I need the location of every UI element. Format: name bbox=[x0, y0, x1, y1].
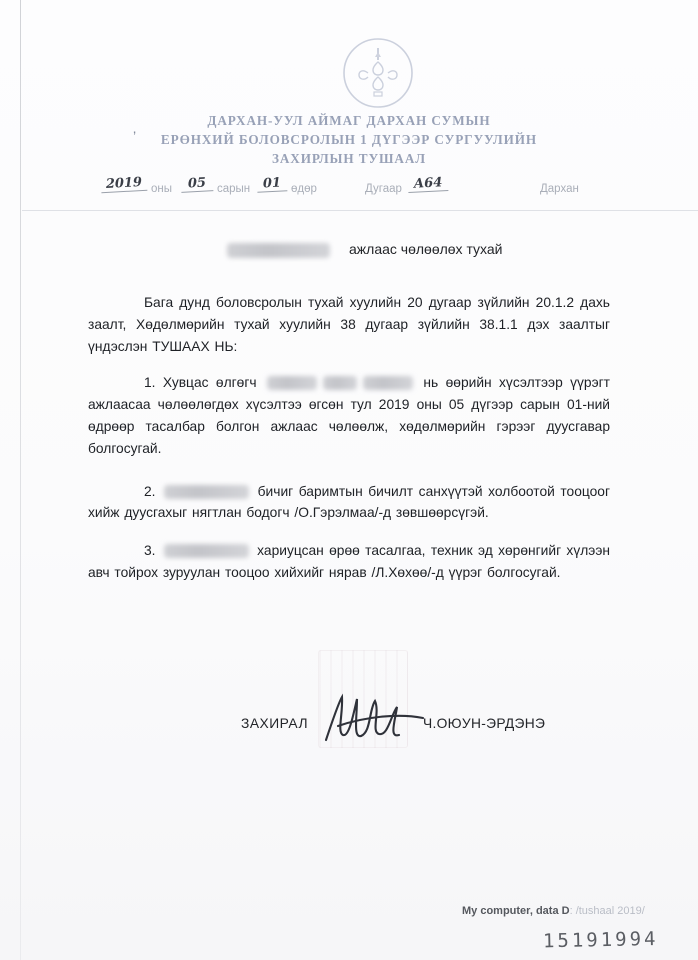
footer-source-light: : /tushaal 2019/ bbox=[570, 905, 645, 917]
handwritten-month: 05 bbox=[181, 175, 214, 193]
org-name-line2: ЕРӨНХИЙ БОЛОВСРОЛЫН 1 ДҮГЭЭР СУРГУУЛИЙН bbox=[0, 130, 698, 149]
scan-speck-mark: ’ bbox=[133, 128, 136, 144]
redacted-name bbox=[267, 376, 317, 390]
footer-source-path: My computer, data D: /tushaal 2019/ bbox=[462, 905, 645, 917]
handwritten-number: А64 bbox=[408, 175, 449, 193]
scanned-document-page: ДАРХАН-УУЛ АЙМАГ ДАРХАН СУМЫН ЕРӨНХИЙ БО… bbox=[0, 0, 698, 960]
document-title: ажлаас чөлөөлөх тухай bbox=[349, 241, 502, 257]
redacted-name bbox=[164, 544, 249, 558]
redacted-name bbox=[363, 376, 413, 390]
redacted-name-title bbox=[227, 243, 330, 258]
org-name-line1: ДАРХАН-УУЛ АЙМАГ ДАРХАН СУМЫН bbox=[0, 111, 698, 130]
order-item-1: 1. Хувцас өлгөгч нь өөрийн хүсэлтээр үүр… bbox=[88, 372, 610, 459]
order-item-3: 3. хариуцсан өрөө тасалгаа, техник эд хө… bbox=[88, 540, 610, 584]
number-label: Дугаар bbox=[365, 183, 402, 195]
preamble-paragraph: Бага дунд боловсролын тухай хуулийн 20 д… bbox=[88, 292, 610, 357]
month-label: сарын bbox=[217, 183, 250, 195]
place-label: Дархан bbox=[540, 183, 579, 195]
item-lead-text: Хувцас өлгөгч bbox=[163, 375, 257, 390]
school-seal-icon bbox=[341, 36, 415, 110]
stamped-registration-number: 15191994 bbox=[543, 928, 673, 955]
scan-fold-line bbox=[22, 210, 698, 211]
item-number: 2. bbox=[144, 484, 156, 499]
signer-role-label: ЗАХИРАЛ bbox=[241, 716, 308, 731]
footer-source-dark: My computer, data D bbox=[462, 905, 570, 917]
year-label: оны bbox=[151, 183, 172, 195]
handwritten-day: 01 bbox=[257, 175, 288, 193]
signer-name: Ч.ОЮУН-ЭРДЭНЭ bbox=[423, 716, 545, 731]
item-number: 3. bbox=[144, 543, 156, 558]
redacted-name bbox=[323, 376, 357, 390]
document-body: Бага дунд боловсролын тухай хуулийн 20 д… bbox=[88, 292, 610, 584]
redacted-name bbox=[164, 485, 249, 499]
document-header: ДАРХАН-УУЛ АЙМАГ ДАРХАН СУМЫН ЕРӨНХИЙ БО… bbox=[0, 111, 698, 168]
handwritten-year: 2019 bbox=[101, 175, 148, 193]
date-number-line: 2019 оны 05 сарын 01 өдөр Дугаар А64 Дар… bbox=[0, 176, 698, 202]
signature-icon bbox=[316, 688, 428, 750]
document-type-line: ЗАХИРЛЫН ТУШААЛ bbox=[0, 149, 698, 168]
day-label: өдөр bbox=[291, 183, 317, 195]
order-item-2: 2. бичиг баримтын бичилт санхүүтэй холбо… bbox=[88, 481, 610, 525]
item-number: 1. bbox=[144, 375, 156, 390]
signature-block: ЗАХИРАЛ Ч.ОЮУН-ЭРДЭНЭ bbox=[0, 700, 698, 760]
